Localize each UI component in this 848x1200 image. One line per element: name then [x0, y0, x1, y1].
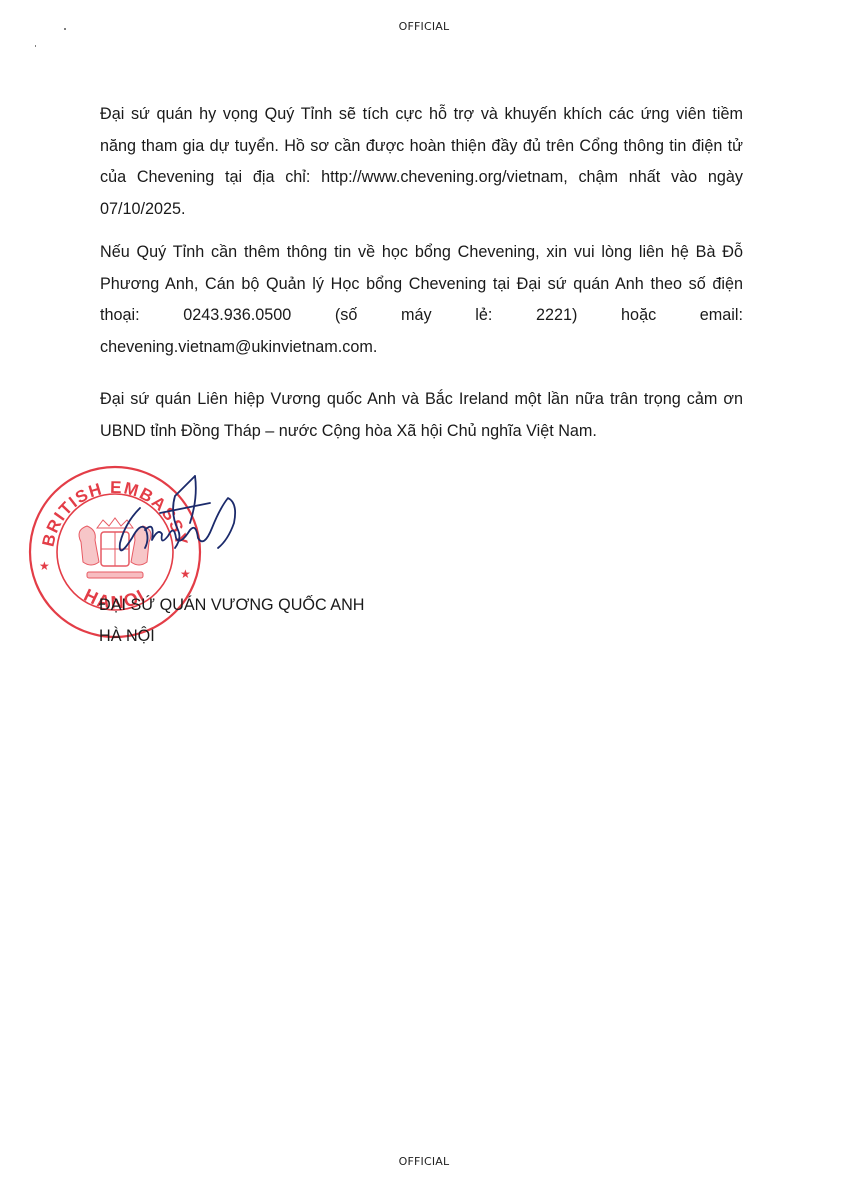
header-classification: OFFICIAL	[0, 20, 848, 33]
letter-body: Đại sứ quán hy vọng Quý Tỉnh sẽ tích cực…	[100, 99, 743, 447]
scan-speck	[35, 45, 36, 47]
handwritten-signature-icon	[100, 468, 245, 578]
paragraph-thanks: Đại sứ quán Liên hiệp Vương quốc Anh và …	[100, 384, 743, 447]
signoff-organization: ĐẠI SỨ QUÁN VƯƠNG QUỐC ANH	[99, 590, 365, 621]
paragraph-contact-info: Nếu Quý Tỉnh cần thêm thông tin về học b…	[100, 237, 743, 363]
svg-text:★: ★	[39, 559, 50, 573]
scan-speck	[64, 28, 66, 30]
paragraph-application-deadline: Đại sứ quán hy vọng Quý Tỉnh sẽ tích cực…	[100, 99, 743, 225]
signoff-city: HÀ NỘI	[99, 621, 365, 652]
signoff-block: ĐẠI SỨ QUÁN VƯƠNG QUỐC ANH HÀ NỘI	[99, 590, 365, 652]
footer-classification: OFFICIAL	[0, 1155, 848, 1168]
